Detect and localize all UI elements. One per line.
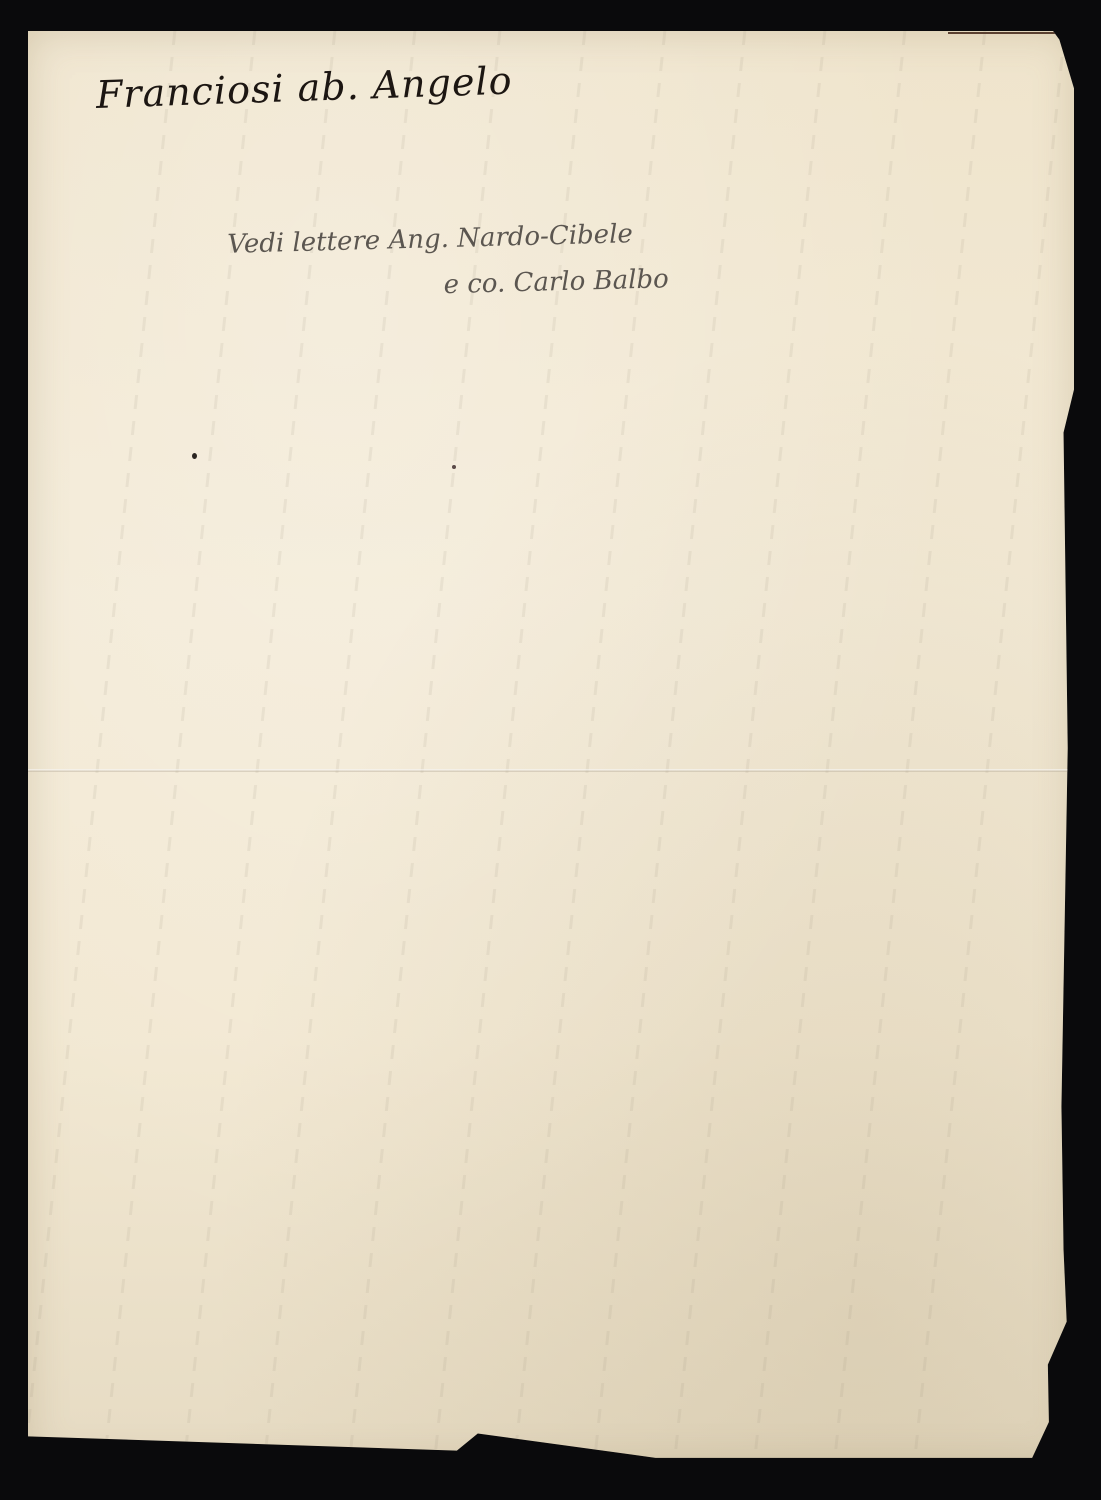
top-edge-rule	[948, 32, 1074, 34]
ink-speck	[452, 465, 456, 469]
pencil-annotation-line-2: e co. Carlo Balbo	[228, 256, 669, 314]
pencil-annotation: Vedi lettere Ang. Nardo-Cibele e co. Car…	[227, 210, 669, 313]
manuscript-sheet: Franciosi ab. Angelo Vedi lettere Ang. N…	[28, 31, 1074, 1465]
ink-speck	[192, 453, 197, 459]
ink-heading: Franciosi ab. Angelo	[95, 58, 513, 117]
pencil-annotation-line-1: Vedi lettere Ang. Nardo-Cibele	[227, 219, 633, 260]
horizontal-fold-crease	[28, 769, 1074, 772]
